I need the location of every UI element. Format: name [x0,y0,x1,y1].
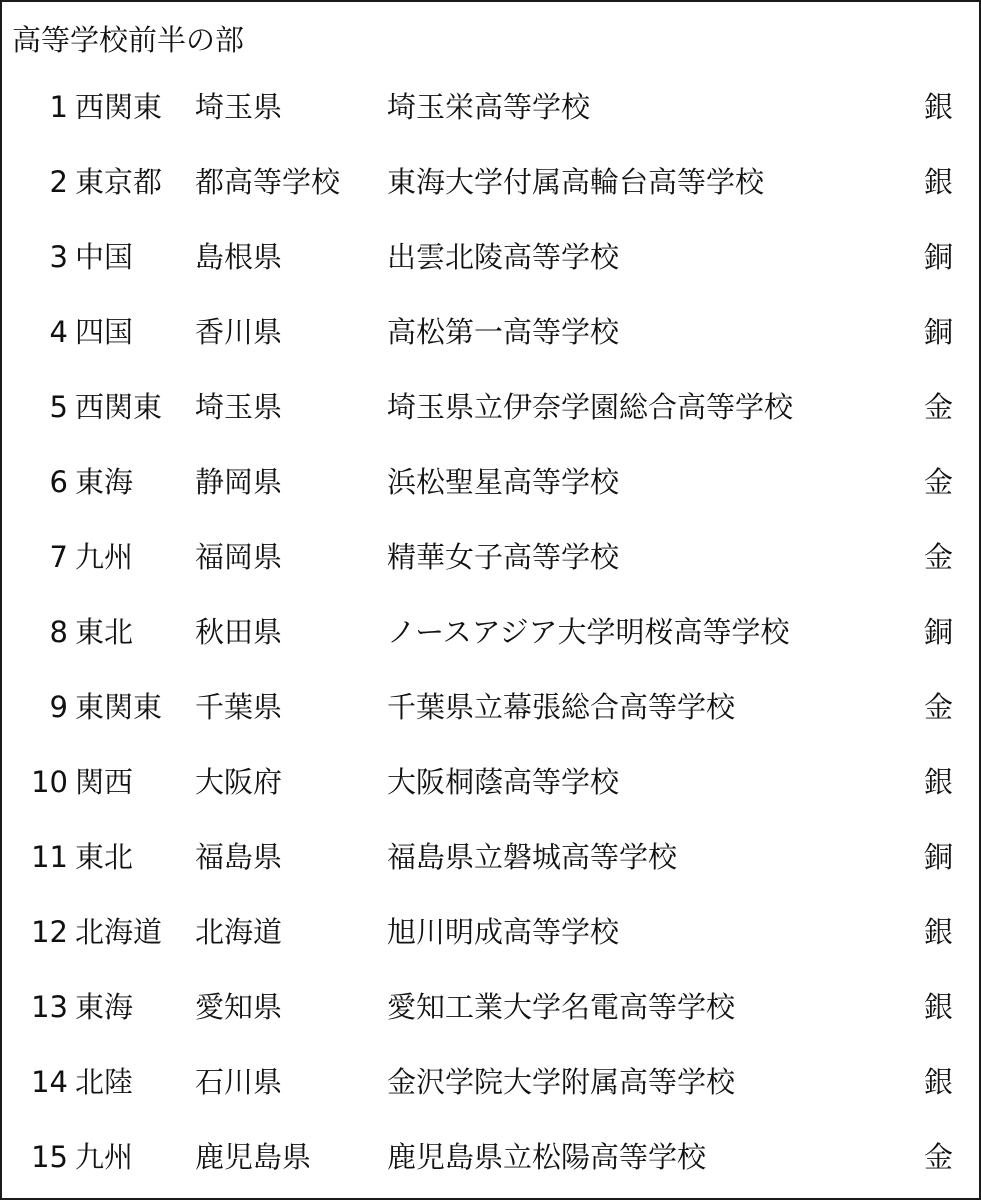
award-label: 銀 [924,82,953,132]
award-label: 銀 [924,982,953,1032]
school-name: 鹿児島県立松陽高等学校 [387,1132,706,1182]
table-row: 7 九州 福岡県 精華女子高等学校 金 [2,532,979,582]
entry-number: 1 [22,82,68,132]
region-name: 西関東 [75,382,162,432]
award-label: 銀 [924,757,953,807]
table-row: 9 東関東 千葉県 千葉県立幕張総合高等学校 金 [2,682,979,732]
award-label: 銀 [924,907,953,957]
entry-number: 7 [22,532,68,582]
region-name: 関西 [75,757,133,807]
school-name: 福島県立磐城高等学校 [387,832,677,882]
prefecture-name: 石川県 [195,1057,282,1107]
award-label: 金 [924,382,953,432]
award-label: 銅 [924,232,953,282]
prefecture-name: 福岡県 [195,532,282,582]
region-name: 九州 [75,532,133,582]
school-name: 金沢学院大学附属高等学校 [387,1057,735,1107]
table-row: 10 関西 大阪府 大阪桐蔭高等学校 銀 [2,757,979,807]
prefecture-name: 秋田県 [195,607,282,657]
school-name: 愛知工業大学名電高等学校 [387,982,735,1032]
region-name: 東関東 [75,682,162,732]
prefecture-name: 大阪府 [195,757,282,807]
school-name: 浜松聖星高等学校 [387,457,619,507]
region-name: 東北 [75,832,133,882]
table-row: 6 東海 静岡県 浜松聖星高等学校 金 [2,457,979,507]
school-name: 埼玉県立伊奈学園総合高等学校 [387,382,793,432]
school-name: 高松第一高等学校 [387,307,619,357]
school-name: 千葉県立幕張総合高等学校 [387,682,735,732]
table-row: 1 西関東 埼玉県 埼玉栄高等学校 銀 [2,82,979,132]
prefecture-name: 埼玉県 [195,82,282,132]
region-name: 東京都 [75,157,162,207]
results-list-frame: 高等学校前半の部 1 西関東 埼玉県 埼玉栄高等学校 銀 2 東京都 都高等学校… [0,0,981,1200]
school-name: 旭川明成高等学校 [387,907,619,957]
entry-number: 10 [22,757,68,807]
region-name: 東海 [75,457,133,507]
region-name: 中国 [75,232,133,282]
table-row: 11 東北 福島県 福島県立磐城高等学校 銅 [2,832,979,882]
region-name: 東海 [75,982,133,1032]
entry-number: 6 [22,457,68,507]
school-name: ノースアジア大学明桜高等学校 [387,607,790,657]
prefecture-name: 福島県 [195,832,282,882]
prefecture-name: 愛知県 [195,982,282,1032]
entry-number: 5 [22,382,68,432]
school-name: 出雲北陵高等学校 [387,232,619,282]
award-label: 銅 [924,307,953,357]
region-name: 四国 [75,307,133,357]
award-label: 金 [924,1132,953,1182]
award-label: 銅 [924,607,953,657]
prefecture-name: 千葉県 [195,682,282,732]
region-name: 北海道 [75,907,162,957]
prefecture-name: 香川県 [195,307,282,357]
prefecture-name: 島根県 [195,232,282,282]
prefecture-name: 北海道 [195,907,282,957]
region-name: 東北 [75,607,133,657]
results-list: 1 西関東 埼玉県 埼玉栄高等学校 銀 2 東京都 都高等学校 東海大学付属高輪… [2,2,979,1198]
table-row: 3 中国 島根県 出雲北陵高等学校 銅 [2,232,979,282]
award-label: 銅 [924,832,953,882]
entry-number: 13 [22,982,68,1032]
prefecture-name: 都高等学校 [195,157,340,207]
prefecture-name: 静岡県 [195,457,282,507]
award-label: 金 [924,457,953,507]
award-label: 銀 [924,157,953,207]
table-row: 12 北海道 北海道 旭川明成高等学校 銀 [2,907,979,957]
entry-number: 14 [22,1057,68,1107]
region-name: 九州 [75,1132,133,1182]
school-name: 埼玉栄高等学校 [387,82,590,132]
entry-number: 8 [22,607,68,657]
table-row: 8 東北 秋田県 ノースアジア大学明桜高等学校 銅 [2,607,979,657]
entry-number: 12 [22,907,68,957]
school-name: 大阪桐蔭高等学校 [387,757,619,807]
award-label: 金 [924,682,953,732]
school-name: 精華女子高等学校 [387,532,619,582]
prefecture-name: 埼玉県 [195,382,282,432]
entry-number: 9 [22,682,68,732]
table-row: 4 四国 香川県 高松第一高等学校 銅 [2,307,979,357]
prefecture-name: 鹿児島県 [195,1132,311,1182]
award-label: 金 [924,532,953,582]
entry-number: 2 [22,157,68,207]
award-label: 銀 [924,1057,953,1107]
entry-number: 4 [22,307,68,357]
region-name: 西関東 [75,82,162,132]
entry-number: 3 [22,232,68,282]
table-row: 14 北陸 石川県 金沢学院大学附属高等学校 銀 [2,1057,979,1107]
school-name: 東海大学付属高輪台高等学校 [387,157,764,207]
table-row: 5 西関東 埼玉県 埼玉県立伊奈学園総合高等学校 金 [2,382,979,432]
entry-number: 11 [22,832,68,882]
entry-number: 15 [22,1132,68,1182]
table-row: 2 東京都 都高等学校 東海大学付属高輪台高等学校 銀 [2,157,979,207]
region-name: 北陸 [75,1057,133,1107]
table-row: 15 九州 鹿児島県 鹿児島県立松陽高等学校 金 [2,1132,979,1182]
table-row: 13 東海 愛知県 愛知工業大学名電高等学校 銀 [2,982,979,1032]
